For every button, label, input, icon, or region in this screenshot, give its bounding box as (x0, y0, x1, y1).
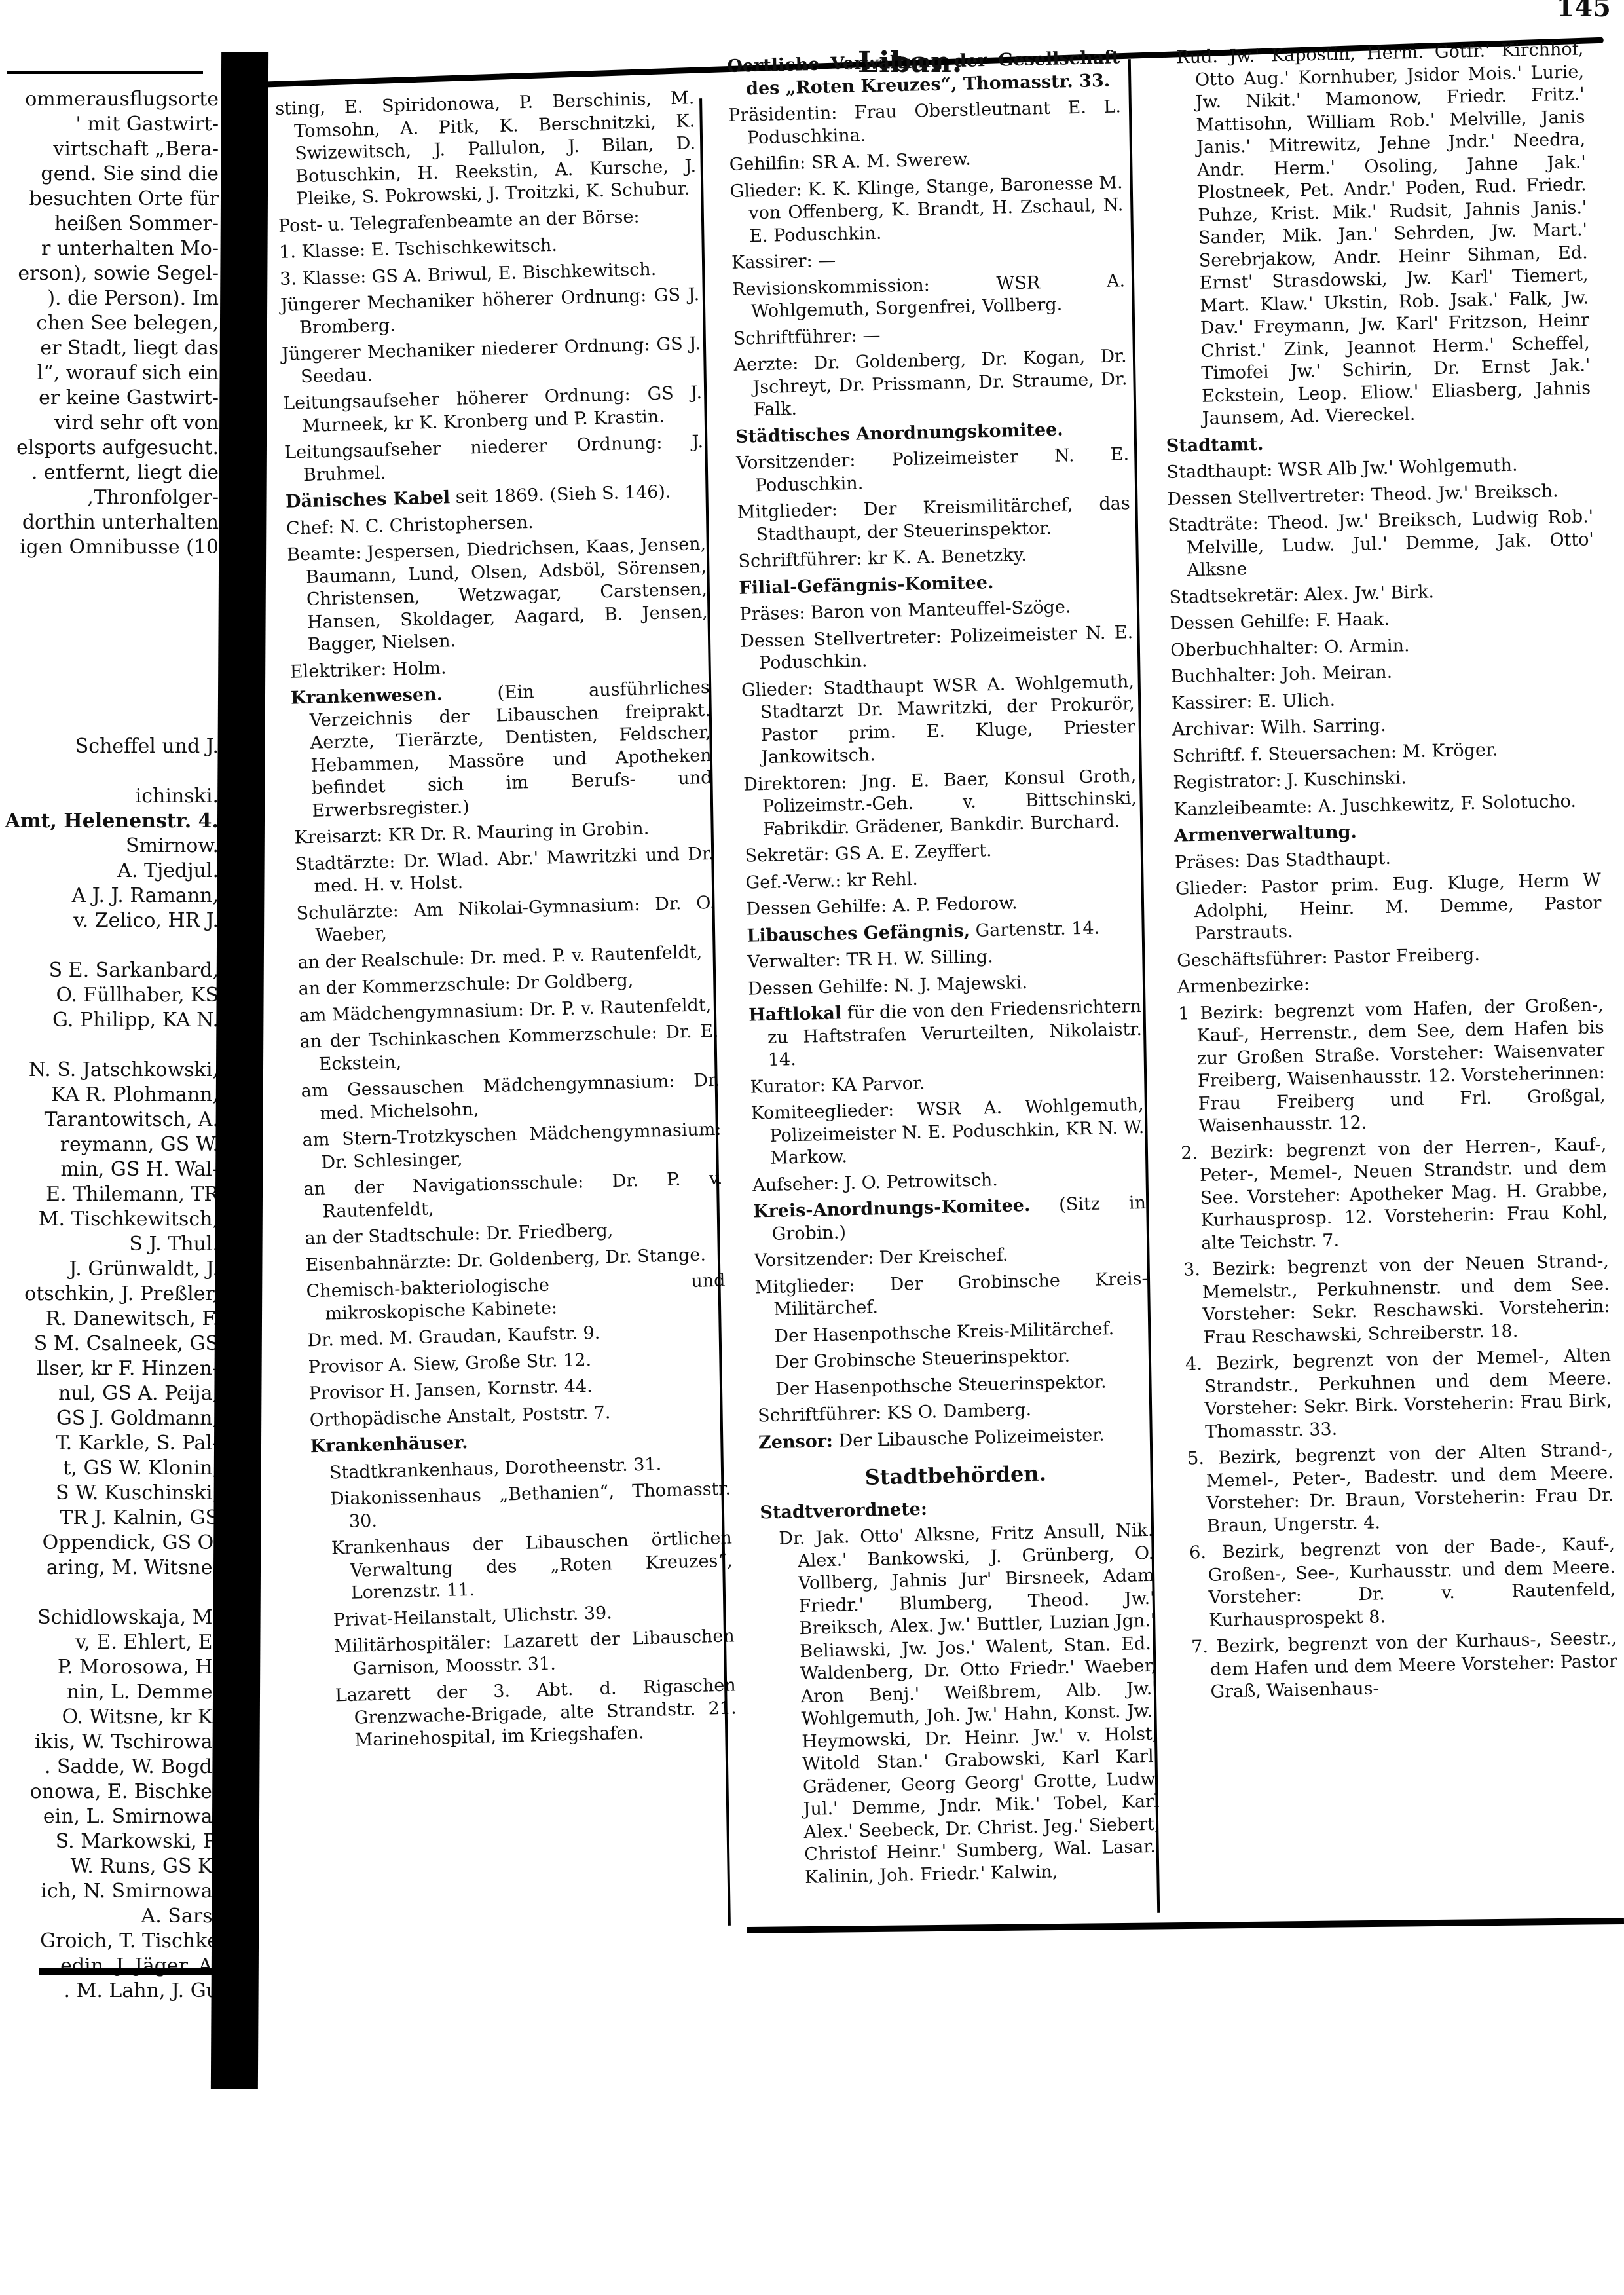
directory-entry: Schriftf. f. Steuersachen: M. Kröger. (1172, 737, 1598, 768)
previous-page-line: l“, worauf sich ein (0, 361, 223, 386)
previous-page-line: M. Tischkewitsch, (0, 1207, 223, 1232)
directory-entry: Der Hasenpothsche Kreis-Militärchef. (756, 1316, 1149, 1348)
previous-page-line (0, 660, 223, 684)
directory-entry: 2. Bezirk: begrenzt von der Herren-, Kau… (1181, 1134, 1608, 1256)
previous-page-line: chen See belegen, (0, 311, 223, 336)
entry-heading: Städtisches Anordnungskomitee. (735, 417, 1129, 449)
entry-heading: Stadtverordnete: (760, 1493, 1153, 1524)
previous-page-fragment: ommerausflugsorte' mit Gastwirt-virtscha… (0, 59, 223, 2004)
column-right: Rud. Jw.' Kapostin, Herm. Gotfr.' Kirchh… (1158, 38, 1618, 1708)
previous-page-line: onowa, E. Bischke- (0, 1780, 223, 1804)
previous-page-line (0, 684, 223, 709)
previous-page-line: S W. Kuschinski, (0, 1481, 223, 1506)
previous-page-line: J. Grünwaldt, J. (0, 1257, 223, 1282)
previous-page-rule (7, 71, 203, 74)
directory-entry: 5. Bezirk, begrenzt von der Alten Strand… (1187, 1439, 1615, 1539)
directory-entry: Diakonissenhaus „Bethanien“, Thomasstr. … (312, 1478, 732, 1535)
previous-page-line: KA R. Plohmann, (0, 1083, 223, 1108)
previous-page-line: nul, GS A. Peija, (0, 1381, 223, 1406)
entry-label: Libausches Gefängnis, (747, 920, 970, 946)
previous-page-line: dorthin unterhalten (0, 510, 223, 535)
directory-entry: Oberbuchhalter: O. Armin. (1170, 631, 1596, 662)
page-number: 145 (1557, 0, 1612, 23)
previous-page-bottom-rule (39, 1968, 236, 1975)
entry-heading: Armenverwaltung. (1174, 816, 1600, 848)
directory-entry: Vorsitzender: Polizeimeister N. E. Podus… (736, 443, 1130, 498)
directory-entry: Gehilfin: SR A. M. Swerew. (729, 145, 1122, 176)
previous-page-line: O. Füllhaber, KS (0, 983, 223, 1008)
previous-page-line: Smirnow. (0, 834, 223, 859)
directory-entry: Chemisch-bakteriologische und mikroskopi… (306, 1270, 726, 1326)
directory-entry: Mitglieder: Der Grobinsche Kreis-Militär… (754, 1267, 1148, 1322)
previous-page-line: A. Sars. (0, 1904, 223, 1929)
directory-entry: Der Grobinsche Steuerinspektor. (756, 1343, 1150, 1375)
entry-heading: Filial-Gefängnis-Komitee. (739, 569, 1132, 600)
entry-heading: Stadtamt. (1166, 426, 1592, 458)
directory-entry: Jüngerer Mechaniker niederer Ordnung: GS… (282, 333, 702, 389)
previous-page-line: A J. J. Ramann, (0, 884, 223, 908)
previous-page-line: GS J. Goldmann, (0, 1406, 223, 1431)
directory-entry: an der Tschinkaschen Kommerzschule: Dr. … (299, 1020, 720, 1077)
previous-page-line (0, 759, 223, 784)
previous-page-line (0, 1580, 223, 1605)
directory-entry: Schriftführer: KS O. Damberg. (758, 1396, 1151, 1428)
directory-entry: 7. Bezirk, begrenzt von der Kurhaus-, Se… (1191, 1628, 1618, 1704)
entry-label: Zensor: (758, 1430, 834, 1453)
directory-entry: Komiteeglieder: WSR A. Wohlgemuth, Poliz… (750, 1094, 1145, 1170)
directory-entry: Zensor: Der Libausche Polizeimeister. (758, 1423, 1152, 1454)
directory-entry: Schriftführer: kr K. A. Benetzky. (738, 542, 1132, 573)
previous-page-line: . entfernt, liegt die (0, 460, 223, 485)
directory-entry: Dessen Stellvertreter: Theod. Jw.' Breik… (1167, 479, 1593, 511)
previous-page-line: t, GS W. Klonin, (0, 1456, 223, 1481)
directory-entry: 4. Bezirk, begrenzt von der Memel-, Alte… (1185, 1345, 1613, 1444)
directory-entry: Dessen Gehilfe: F. Haak. (1170, 604, 1596, 635)
previous-page-line: Scheffel und J. (0, 734, 223, 759)
column-left: sting, E. Spiridonowa, P. Berschinis, M.… (275, 87, 737, 1757)
entry-text: Der Libausche Polizeimeister. (833, 1425, 1105, 1451)
previous-page-line: otschkin, J. Preßler, (0, 1282, 223, 1307)
previous-page-line: G. Philipp, KA N. (0, 1008, 223, 1033)
directory-entry: Aerzte: Dr. Goldenberg, Dr. Kogan, Dr. J… (733, 345, 1128, 422)
directory-entry: Dessen Stellvertreter: Polizeimeister N.… (740, 622, 1134, 676)
previous-page-line: S M. Csalneek, GS (0, 1332, 223, 1356)
directory-entry: Kassirer: — (731, 243, 1125, 274)
directory-entry: Lazarett der 3. Abt. d. Rigaschen Grenzw… (316, 1674, 737, 1753)
previous-page-line: besuchten Orte für (0, 187, 223, 212)
directory-entry: Vorsitzender: Der Kreischef. (754, 1241, 1147, 1273)
directory-entry: Kurator: KA Parvor. (750, 1067, 1143, 1098)
previous-page-line: ). die Person). Im (0, 286, 223, 311)
previous-page-line: er Stadt, liegt das (0, 336, 223, 361)
directory-entry: Schriftführer: — (733, 319, 1126, 350)
previous-page-line: vird sehr oft von (0, 411, 223, 436)
previous-page-line: aring, M. Witsne, (0, 1556, 223, 1580)
directory-entry: Stadträte: Theod. Jw.' Breiksch, Ludwig … (1168, 506, 1595, 582)
previous-page-line (0, 1033, 223, 1058)
directory-entry: Gef.-Verw.: kr Rehl. (745, 863, 1139, 895)
previous-page-line: edin, J. Jäger, A. (0, 1954, 223, 1979)
previous-page-line (0, 933, 223, 958)
directory-entry: Jüngerer Mechaniker höherer Ordnung: GS … (280, 284, 701, 340)
directory-entry: an der Navigationsschule: Dr. P. v. Raut… (303, 1168, 724, 1224)
directory-entry: Krankenwesen. (Ein ausführliches Verzeic… (291, 677, 713, 823)
previous-page-line: S E. Sarkanbard, (0, 958, 223, 983)
previous-page-line: . Sadde, W. Bogd- (0, 1755, 223, 1780)
entry-label: Dänisches Kabel (286, 487, 451, 512)
previous-page-line: R. Danewitsch, F. (0, 1307, 223, 1332)
previous-page-line: v, E. Ehlert, E. (0, 1630, 223, 1655)
directory-entry: Geschäftsführer: Pastor Freiberg. (1177, 941, 1603, 973)
directory-entry: Buchhalter: Joh. Meiran. (1171, 657, 1597, 688)
previous-page-line: nin, L. Demme, (0, 1680, 223, 1705)
directory-entry: 1 Bezirk: begrenzt vom Hafen, der Großen… (1178, 994, 1606, 1139)
directory-entry: Revisionskommission: WSR A. Wohlgemuth, … (732, 270, 1126, 324)
entry-heading: Oertliche Verwaltung der Gesellschaft de… (727, 47, 1120, 101)
previous-page-line: Amt, Helenenstr. 4. (0, 809, 223, 834)
directory-entry: Leitungsaufseher höherer Ordnung: GS J. … (283, 382, 703, 438)
entry-label: Krankenwesen. (291, 684, 443, 709)
directory-entry: Verwalter: TR H. W. Silling. (747, 942, 1141, 974)
directory-entry: Rud. Jw.' Kapostin, Herm. Gotfr.' Kirchh… (1158, 38, 1591, 431)
previous-page-line: ichinski. (0, 784, 223, 809)
previous-page-line: virtschaft „Bera- (0, 137, 223, 162)
directory-entry: Kassirer: E. Ulich. (1172, 684, 1598, 715)
directory-entry: Leitungsaufseher niederer Ordnung: J. Br… (284, 431, 705, 487)
previous-page-line: Groich, T. Tischke (0, 1929, 223, 1954)
previous-page-line: igen Omnibusse (10 (0, 535, 223, 560)
directory-entry: Präses: Das Stadthaupt. (1175, 843, 1601, 874)
directory-entry: Stadtärzte: Dr. Wlad. Abr.' Mawritzki un… (295, 842, 715, 899)
section-title: Stadtbehörden. (759, 1460, 1153, 1491)
directory-entry: Glieder: Stadthaupt WSR A. Wohlgemuth, S… (741, 671, 1136, 770)
entry-label: Haftlokal (748, 1003, 841, 1025)
previous-page-line (0, 585, 223, 610)
previous-page-line: elsports aufgesucht. (0, 436, 223, 460)
previous-page-line: ommerausflugsorte (0, 87, 223, 112)
entry-text: Gartenstr. 14. (970, 918, 1100, 941)
previous-page-line: reymann, GS W. (0, 1132, 223, 1157)
previous-page-line: ' mit Gastwirt- (0, 112, 223, 137)
previous-page-line: A. Tjedjul. (0, 859, 223, 884)
previous-page-line: P. Morosowa, H. (0, 1655, 223, 1680)
previous-page-line: heißen Sommer- (0, 212, 223, 236)
directory-entry: Krankenhaus der Libauschen örtlichen Ver… (313, 1527, 733, 1605)
book-gutter-shadow (211, 52, 268, 2089)
previous-page-line: Oppendick, GS O. (0, 1531, 223, 1556)
directory-entry: Präsidentin: Frau Oberstleutnant E. L. P… (728, 96, 1122, 150)
bottom-rule (747, 1918, 1624, 1933)
directory-entry: sting, E. Spiridonowa, P. Berschinis, M.… (275, 87, 697, 211)
directory-entry: Direktoren: Jng. E. Baer, Konsul Groth, … (743, 765, 1137, 842)
directory-entry: Sekretär: GS A. E. Zeyffert. (745, 836, 1138, 868)
previous-page-line: er keine Gastwirt- (0, 386, 223, 411)
previous-page-line: v. Zelico, HR J. (0, 908, 223, 933)
previous-page-line: min, GS H. Wal- (0, 1157, 223, 1182)
previous-page-line (0, 635, 223, 660)
previous-page-line: TR J. Kalnin, GS (0, 1506, 223, 1531)
directory-entry: Mitglieder: Der Kreismilitärchef, das St… (737, 493, 1130, 547)
previous-page-line: ich, N. Smirnowa, (0, 1879, 223, 1904)
directory-entry: Archivar: Wilh. Sarring. (1172, 710, 1598, 741)
directory-entry: 6. Bezirk, begrenzt von der Bade-, Kauf-… (1189, 1533, 1617, 1633)
previous-page-line: erson), sowie Segel- (0, 261, 223, 286)
directory-entry: Schulärzte: Am Nikolai-Gymnasium: Dr. O.… (296, 891, 716, 948)
previous-page-line: E. Thilemann, TR (0, 1182, 223, 1207)
previous-page-line: O. Witsne, kr K. (0, 1705, 223, 1730)
previous-page-line: . M. Lahn, J. Gu (0, 1979, 223, 2004)
directory-entry: Armenbezirke: (1177, 967, 1604, 999)
previous-page-line: ikis, W. Tschirowa, (0, 1730, 223, 1755)
previous-page-line (0, 610, 223, 635)
previous-page-line (0, 709, 223, 734)
previous-page-line (0, 560, 223, 585)
directory-entry: Kanzleibeamte: A. Juschkewitz, F. Solotu… (1173, 790, 1600, 821)
directory-entry: Glieder: Pastor prim. Eug. Kluge, Herm W… (1175, 869, 1602, 946)
directory-entry: Der Hasenpothsche Steuerinspektor. (757, 1370, 1151, 1401)
previous-page-line: ein, L. Smirnowa, (0, 1804, 223, 1829)
directory-entry: Stadtsekretär: Alex. Jw.' Birk. (1169, 578, 1595, 609)
directory-entry: Kreis-Anordnungs-Komitee. (Sitz in Grobi… (753, 1192, 1147, 1246)
directory-entry: Haftlokal für die von den Friedensrichte… (748, 996, 1143, 1072)
directory-entry: Dessen Gehilfe: A. P. Fedorow. (746, 889, 1139, 921)
directory-entry: Dessen Gehilfe: N. J. Majewski. (748, 969, 1141, 1001)
previous-page-line: S J. Thul. (0, 1232, 223, 1257)
previous-page-line: Tarantowitsch, A. (0, 1108, 223, 1132)
previous-page-line: T. Karkle, S. Pal- (0, 1431, 223, 1456)
previous-page-line: Schidlowskaja, M. (0, 1605, 223, 1630)
directory-entry: Beamte: Jespersen, Diedrichsen, Kaas, Je… (287, 533, 709, 657)
entry-text: seit 1869. (Sieh S. 146). (450, 481, 671, 508)
previous-page-line: r unterhalten Mo- (0, 236, 223, 261)
previous-page-line: llser, kr F. Hinzen- (0, 1356, 223, 1381)
directory-entry: Präses: Baron von Manteuffel-Szöge. (739, 595, 1133, 626)
directory-entry: am Gessauschen Mädchengymnasium: Dr. med… (301, 1070, 721, 1126)
previous-page-line: N. S. Jatschkowski, (0, 1058, 223, 1083)
directory-entry: Registrator: J. Kuschinski. (1173, 763, 1599, 794)
previous-page-line: W. Runs, GS K. (0, 1854, 223, 1879)
directory-entry: 3. Bezirk: begrenzt von der Neuen Strand… (1183, 1250, 1611, 1350)
directory-entry: Dr. Jak. Otto' Alksne, Fritz Ansull, Nik… (760, 1520, 1161, 1890)
previous-page-line: S. Markowski, P. (0, 1829, 223, 1854)
directory-entry: Stadthaupt: WSR Alb Jw.' Wohlgemuth. (1166, 453, 1593, 484)
directory-entry: Libausches Gefängnis, Gartenstr. 14. (747, 916, 1140, 948)
directory-entry: Glieder: K. K. Klinge, Stange, Baronesse… (729, 172, 1124, 248)
directory-entry: Aufseher: J. O. Petrowitsch. (752, 1165, 1146, 1197)
column-middle: Oertliche Verwaltung der Gesellschaft de… (727, 47, 1162, 1894)
previous-page-line: ,Thronfolger- (0, 485, 223, 510)
entry-label: Kreis-Anordnungs-Komitee. (753, 1195, 1031, 1222)
previous-page-line: gend. Sie sind die (0, 162, 223, 187)
directory-entry: am Stern-Trotzkyschen Mädchengymnasium: … (302, 1119, 722, 1175)
directory-entry: Militärhospitäler: Lazarett der Libausch… (315, 1625, 735, 1681)
